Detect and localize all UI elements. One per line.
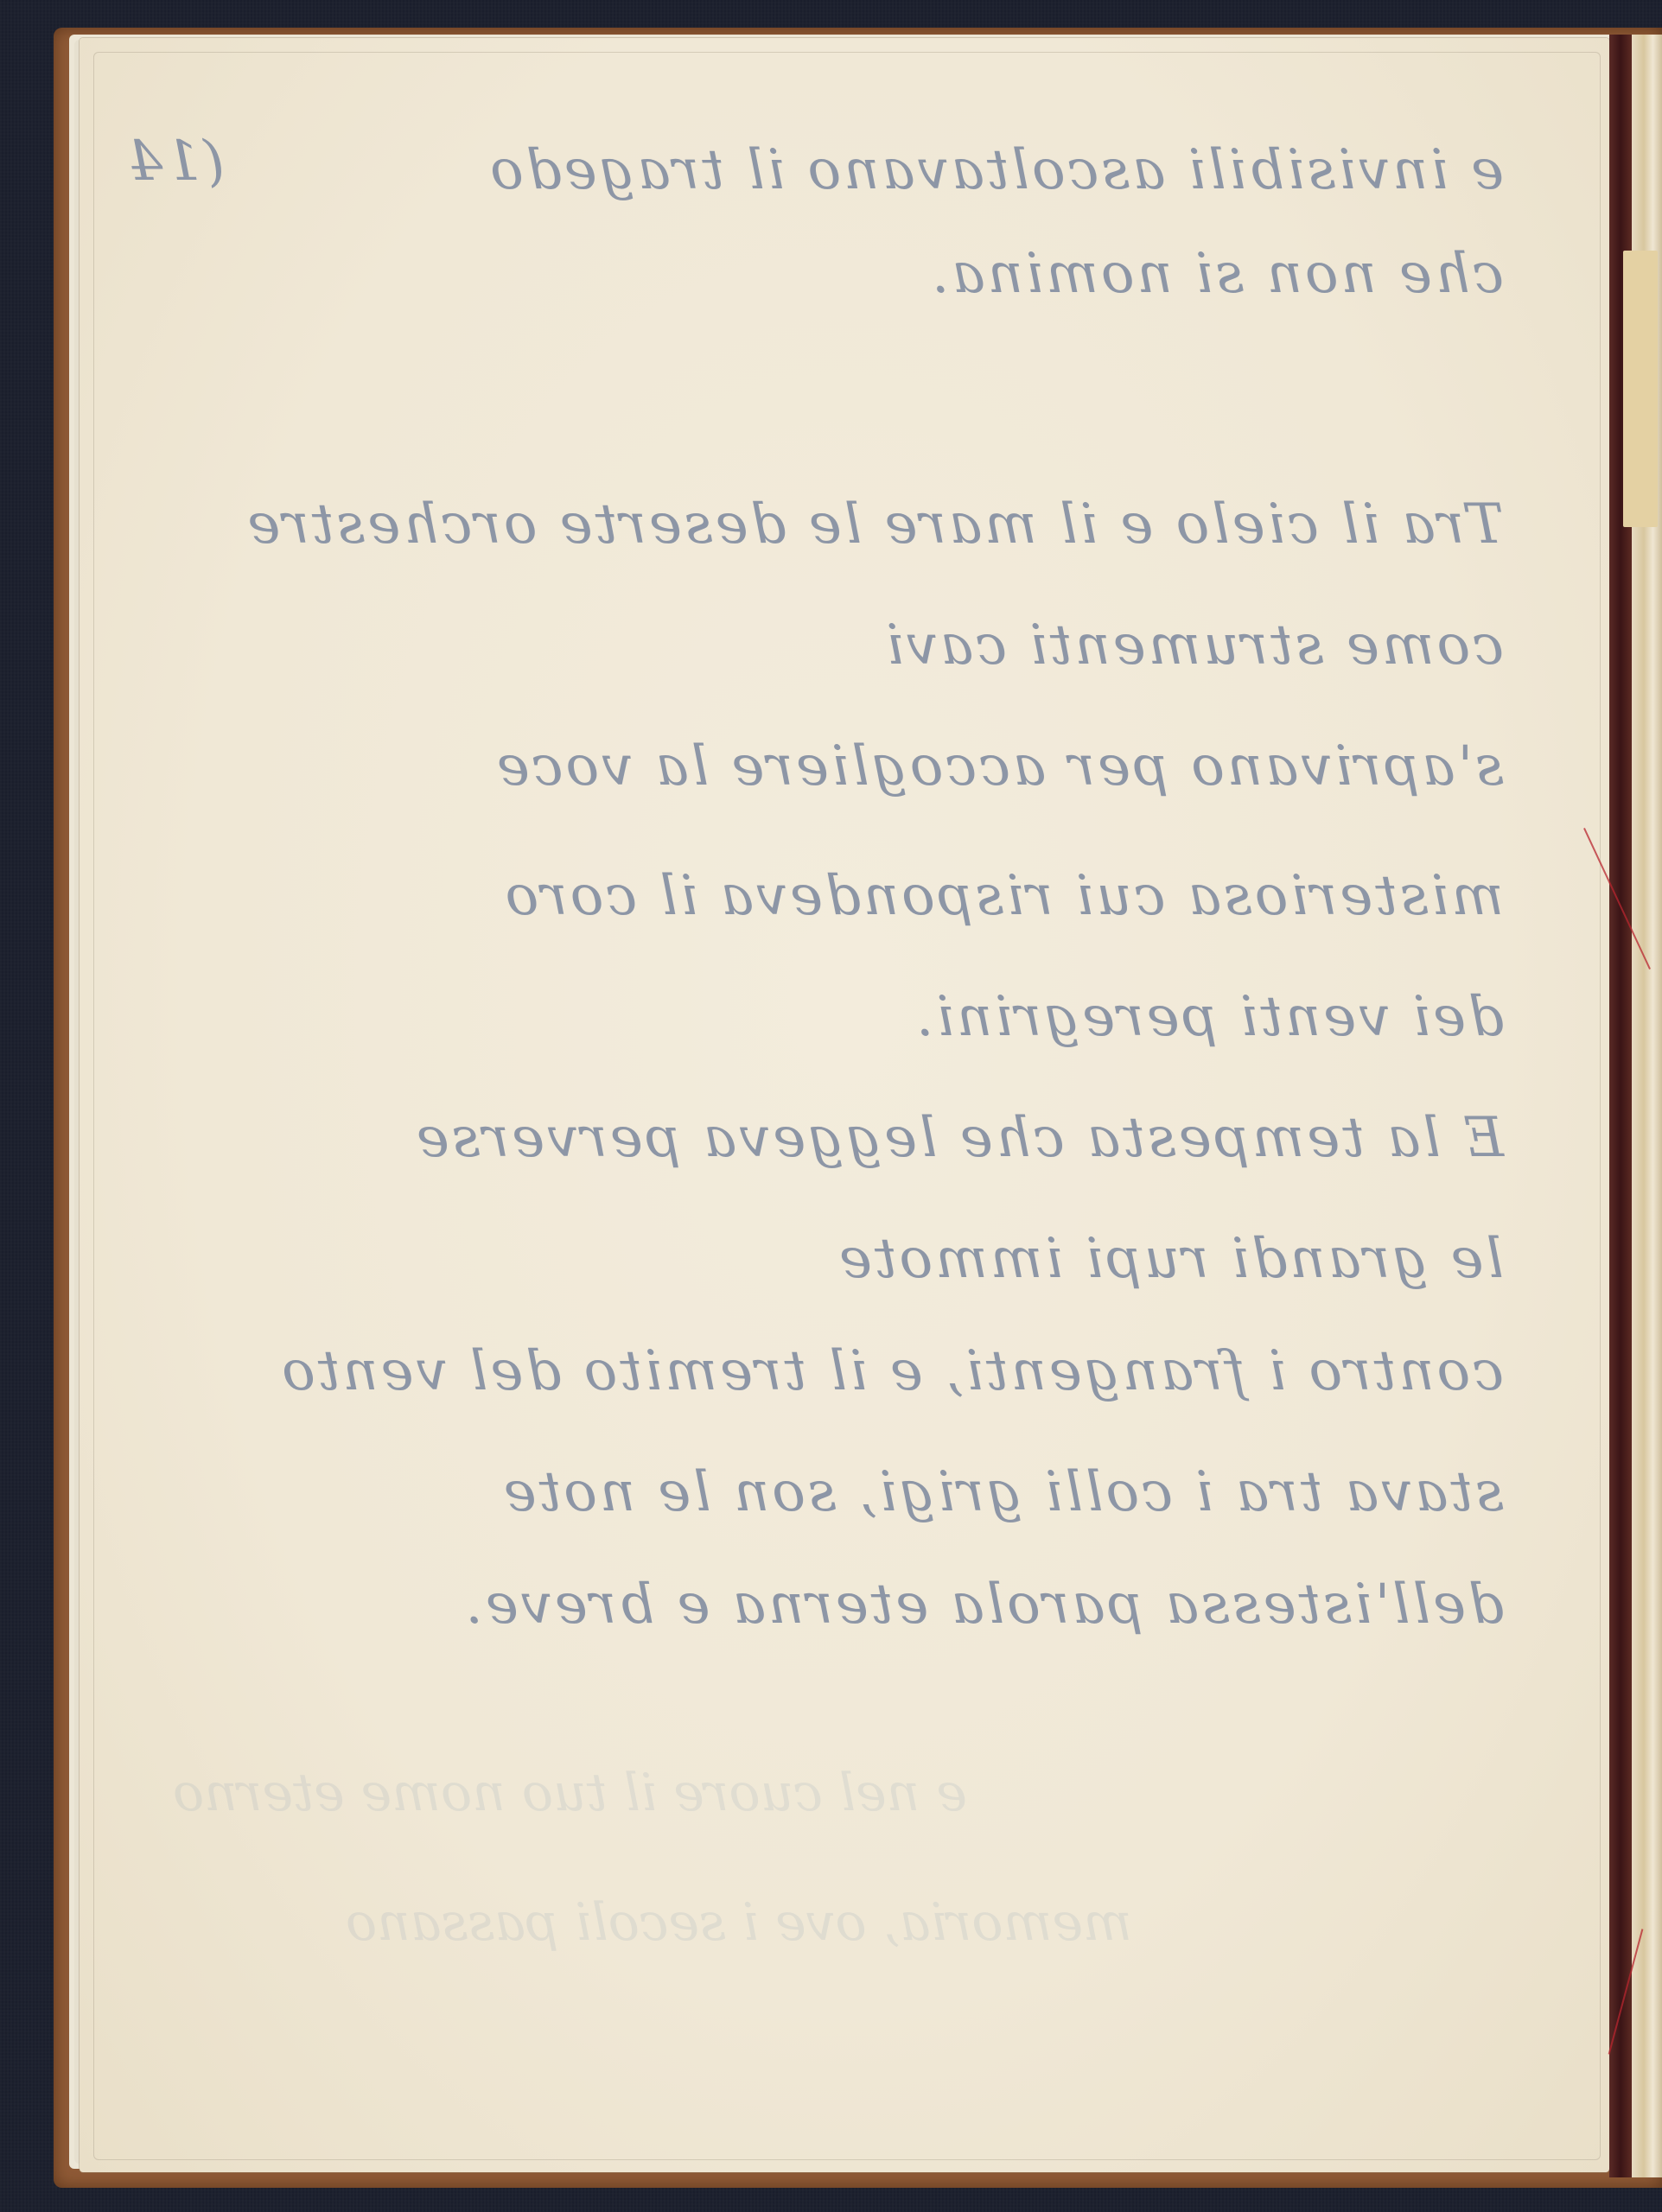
text-line: dell'istessa parola eterna e breve. <box>156 1573 1504 1637</box>
text-line: E la tempesta che leggeva perverse <box>156 1106 1504 1170</box>
text-line: dei venti peregrini. <box>156 985 1504 1049</box>
text-line: stava tra i colli grigi, son le note <box>156 1460 1504 1524</box>
text-line: che non si nomina. <box>156 242 1504 306</box>
text-line: contro i frangenti, e il tremito del ven… <box>156 1339 1504 1403</box>
paper-tab <box>1623 251 1658 527</box>
text-line: e invisibili ascoltavano il tragedo <box>156 138 1504 202</box>
facing-page-edges <box>1632 35 1662 2177</box>
text-line: misteriosa cui rispondeva il coro <box>156 864 1504 928</box>
text-line: le grandi rupi immote <box>156 1227 1504 1291</box>
ghost-text-line: e nel cuore il tuo nome eterno <box>173 1763 967 1823</box>
text-line: s'aprivano per accogliere la voce <box>156 734 1504 798</box>
text-line: Tra il cielo e il mare le deserte orches… <box>156 493 1504 556</box>
text-line: come strumenti cavi <box>156 613 1504 677</box>
notebook-page <box>80 38 1609 2172</box>
ghost-text-line: memoria, ove i secoli passano <box>346 1892 1132 1953</box>
